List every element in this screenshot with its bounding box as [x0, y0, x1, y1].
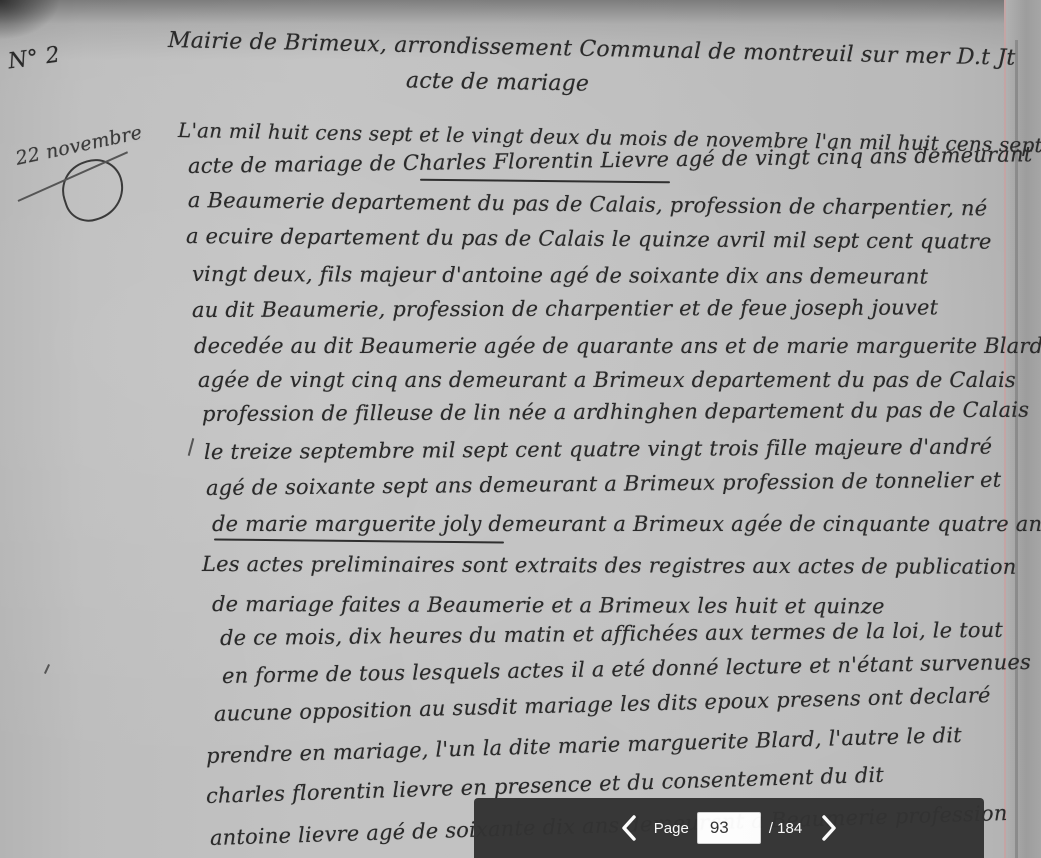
- manuscript-line: en forme de tous lesquels actes il a eté…: [222, 650, 1031, 688]
- chevron-right-icon: [820, 815, 838, 841]
- page-number-input[interactable]: [697, 812, 761, 844]
- name-underline: [420, 179, 670, 184]
- manuscript-line: au dit Beaumerie, profession de charpent…: [192, 295, 938, 322]
- manuscript-line: agé de soixante sept ans demeurant a Bri…: [206, 468, 1002, 500]
- manuscript-line: de ce mois, dix heures du matin et affic…: [220, 618, 1003, 650]
- manuscript-line: profession de filleuse de lin née a ardh…: [202, 398, 1029, 426]
- manuscript-line: acte de mariage de Charles Florentin Lie…: [188, 142, 1033, 178]
- manuscript-line: de marie marguerite joly demeurant a Bri…: [212, 512, 1041, 536]
- document-viewer: N° 2 Mairie de Brimeux, arrondissement C…: [0, 0, 1041, 858]
- ink-speck: [44, 664, 50, 674]
- manuscript-line: vingt deux, fils majeur d'antoine agé de…: [192, 262, 928, 289]
- scanned-page: N° 2 Mairie de Brimeux, arrondissement C…: [0, 0, 1041, 858]
- manuscript-line: decedée au dit Beaumerie agée de quarant…: [194, 334, 1041, 358]
- manuscript-line: aucune opposition au susdit mariage les …: [214, 683, 991, 726]
- paraph-flourish-icon: [54, 152, 132, 228]
- manuscript-line: Les actes preliminaires sont extraits de…: [202, 552, 1017, 579]
- record-title: acte de mariage: [406, 68, 590, 96]
- pagination-bar: Page / 184: [474, 798, 984, 858]
- manuscript-line: le treize septembre mil sept cent quatre…: [204, 434, 992, 464]
- page-corner-shadow: [0, 0, 60, 40]
- page-total: / 184: [769, 820, 802, 837]
- previous-page-button[interactable]: [612, 808, 646, 848]
- next-page-button[interactable]: [812, 808, 846, 848]
- manuscript-line: de mariage faites a Beaumerie et a Brime…: [212, 592, 885, 618]
- manuscript-line: prendre en mariage, l'un la dite marie m…: [206, 723, 962, 768]
- manuscript-line: agée de vingt cinq ans demeurant a Brime…: [198, 368, 1016, 392]
- name-underline: [214, 538, 504, 543]
- page-binding: [1004, 0, 1041, 858]
- manuscript-line: a Beaumerie departement du pas de Calais…: [188, 188, 988, 220]
- ink-speck: [188, 438, 195, 456]
- margin-rule: [1004, 0, 1006, 858]
- chevron-left-icon: [620, 815, 638, 841]
- manuscript-line: a ecuire departement du pas de Calais le…: [186, 224, 992, 254]
- page-label: Page: [654, 820, 689, 837]
